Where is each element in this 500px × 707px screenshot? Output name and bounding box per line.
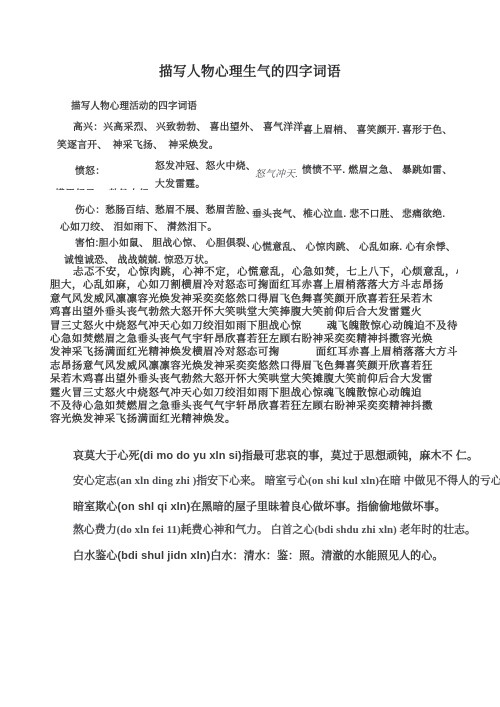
sad-group-2: 愁眉不展、愁眉苦脸、	[155, 202, 256, 216]
paragraph-line: 鸡喜出望外垂头丧气勃然大怒开怀大笑哄堂大笑捧腹大笑前仰后合大发雷霆火	[50, 306, 458, 319]
definition-line: 熬心费力(do xln fei 11)耗费心神和气力。 白首之心(bdi shd…	[73, 522, 476, 537]
sad-group-3: 垂头丧气、	[252, 206, 302, 220]
angry-label: 愤怒：	[75, 163, 105, 177]
definition-line: 暗室欺心(on shl qi xln)在黑暗的屋子里昧着良心做坏事。指偷偷地做坏…	[73, 498, 446, 514]
angry-group-4: 暴跳如雷、	[402, 162, 452, 176]
definition-line: 哀莫大于心死(di mo do yu xln si)指最可悲哀的事，莫过于思想顽…	[73, 447, 478, 463]
paragraph-line: 不及待心急如焚燃眉之急垂头丧气气宇轩昂欣喜若狂左顾右盼神采奕奕精神抖擞	[50, 400, 458, 413]
page-title: 描写人物心理生气的四字词语	[0, 60, 500, 80]
paragraph-line: 呆若木鸡喜出望外垂头丧气勃然大怒开怀大笑哄堂大笑摊腹大笑前仰后合大发雷	[50, 373, 458, 386]
scared-label-group: 害怕:胆小如鼠、 胆战心惊、 心胆俱裂、	[75, 235, 256, 249]
definition-line: 安心定志(an xln ding zhi )指安下心来。 暗室亏心(on shi…	[73, 473, 500, 488]
angry-group-3: 愤愤不平. 燃眉之急、	[302, 162, 399, 176]
document-page: 描写人物心理生气的四字词语 描写人物心理活动的四字词语 高兴：兴高采烈、 兴致勃…	[0, 0, 500, 707]
happy-group-3: 喜上眉梢、 喜笑颜开.	[303, 122, 400, 136]
sad-line-2: 心如刀绞、 泪如雨下、 潸然泪下。	[60, 219, 218, 233]
scared-line-2: 诚惶诚恐、 战战兢兢. 惊恐万状。	[64, 252, 214, 266]
paragraph-line: 心急如焚燃眉之急垂头丧气气宇轩昂欣喜若狂左顾右盼神采奕奕精神抖擞容光焕	[50, 333, 458, 346]
sad-group-4: 椎心泣血. 悲不口胜、	[303, 206, 400, 220]
idioms-paragraph: 忐忑不安，心惊肉跳，心神不定，心慌意乱，心急如焚，七上八下，心烦意乱，心粗 胆大…	[50, 266, 458, 427]
paragraph-line: 霆火冒三丈怒火中烧怒气冲天心如刀绞泪如雨下胆战心惊魂飞魄散惊心动魄迫	[50, 387, 458, 400]
angry-group-2: 怒气冲天.	[255, 166, 298, 180]
sad-group-5: 悲痛欲绝.	[402, 206, 445, 220]
paragraph-line: 胆大，心乱如麻，心如刀割横眉冷对怒态可掬面红耳赤喜上眉梢落落大方斗志昂扬	[50, 279, 458, 292]
paragraph-line: 意气风发威风凛凛容光焕发神采奕奕悠然口得眉飞色舞喜笑颜开欣喜若狂呆若木	[50, 293, 458, 306]
paragraph-line: 志昂扬意气风发威风凛凛容光焕发神采奕奕悠然口得眉飞色舞喜笑颜开欣喜若狂	[50, 360, 458, 373]
angry-group-1a: 怒发冲冠、怒火中烧、	[155, 158, 256, 172]
paragraph-line: 冒三丈怒火中烧怒气冲天心如刀绞泪如雨下胆战心惊魂飞魄散惊心动魄迫不及待	[50, 320, 458, 333]
sad-label-group: 伤心：愁肠百结、	[75, 202, 156, 216]
definition-line: 白水鉴心(bdi shul jidn xln)白水：清水：鉴：照。清澈的水能照见…	[73, 547, 443, 563]
angry-clipped-line: 横眉怒目、 勃然大怒	[55, 189, 149, 190]
paragraph-line: 发神采飞扬满面红光精神焕发横眉冷对怒态可掬面红耳赤喜上眉梢落落大方斗	[50, 346, 458, 359]
paragraph-line: 容光焕发神采飞扬满面红光精神焕发。	[50, 413, 458, 426]
happy-group-2: 兴致勃勃、 喜出望外、 喜气洋洋、	[156, 119, 314, 133]
happy-group-4: 喜形于色、	[402, 122, 452, 136]
section-subtitle: 描写人物心理活动的四字词语	[71, 98, 197, 112]
scared-group-2: 心慌意乱、 心惊肉跳、 心乱如麻. 心有余悸、	[252, 239, 456, 253]
happy-line-2: 笑逐言开、 神采飞扬、 神采焕发。	[57, 137, 219, 151]
paragraph-line: 忐忑不安，心惊肉跳，心神不定，心慌意乱，心急如焚，七上八下，心烦意乱，心粗	[50, 266, 458, 279]
happy-label-group: 高兴：兴高采烈、	[73, 119, 154, 133]
